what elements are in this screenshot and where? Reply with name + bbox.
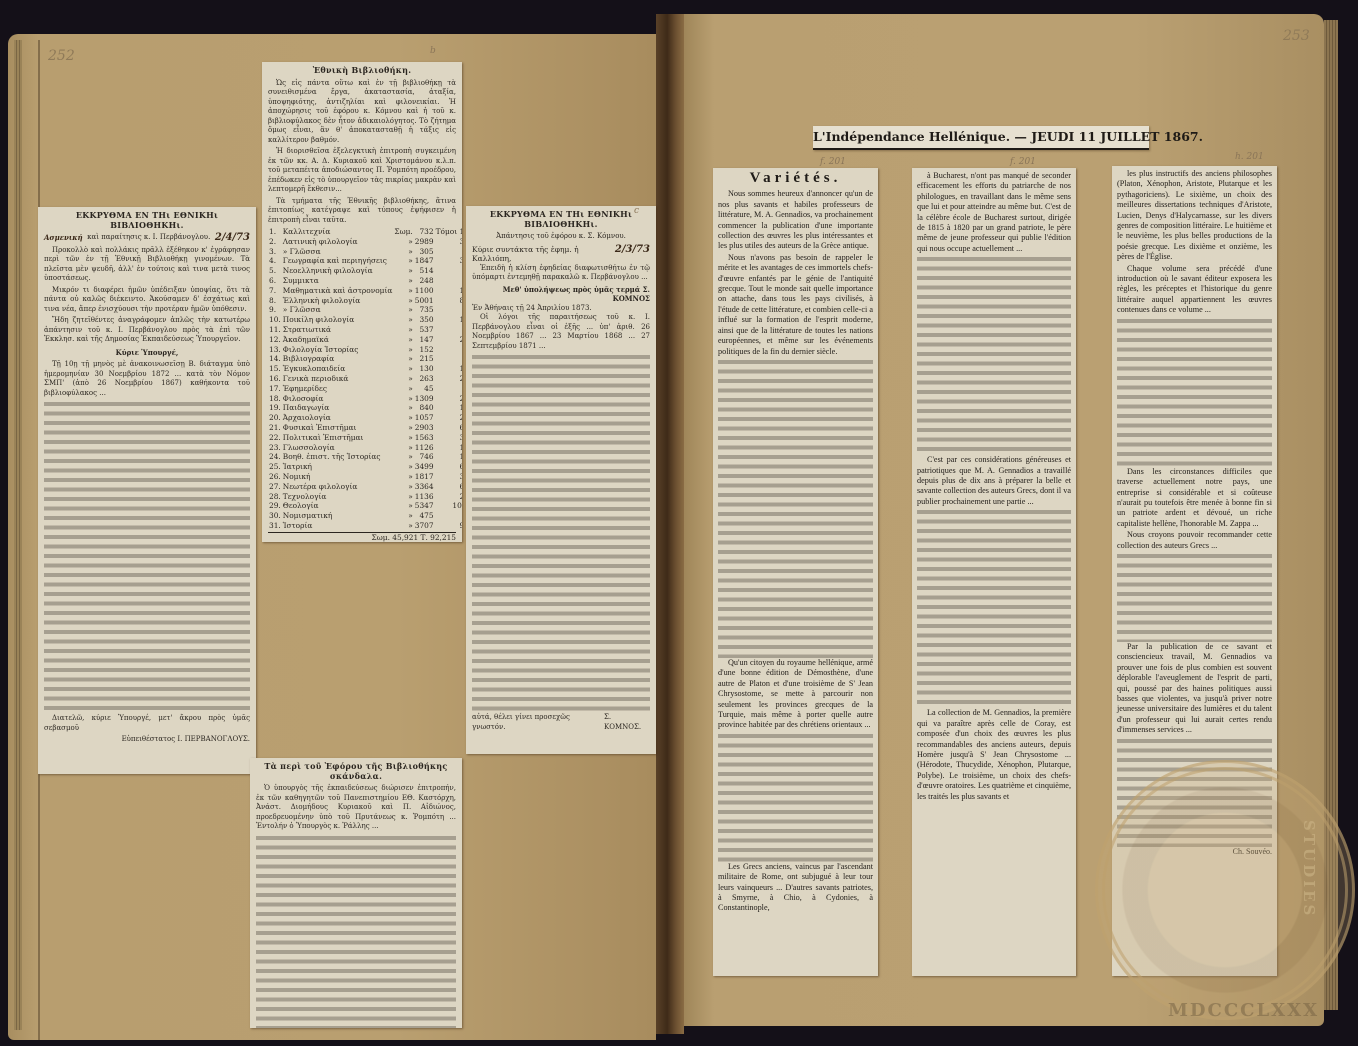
collection-table: 1.ΚαλλιτεχνίαΣωμ.732Τόμοι 13872.Λατινικὴ… bbox=[268, 227, 462, 531]
table-cell: 10,160 bbox=[435, 501, 462, 511]
signature: Σ. ΚΟΜΝΟΣ. bbox=[604, 713, 650, 732]
table-cell: Ἀρχαιολογία bbox=[282, 413, 394, 423]
table-cell: 263 bbox=[414, 374, 435, 384]
table-cell: 3499 bbox=[414, 462, 435, 472]
table-cell: 305 bbox=[414, 247, 435, 257]
table-cell: 8. bbox=[268, 296, 282, 306]
handwritten-date: 2/4/73 bbox=[215, 233, 250, 243]
table-cell: Φιλολογία Ἱστορίας bbox=[282, 345, 394, 355]
table-cell: 419 bbox=[435, 384, 462, 394]
pencil-mark: f. 201 bbox=[820, 157, 846, 167]
paragraph: Qu'un citoyen du royaume hellénique, arm… bbox=[718, 658, 873, 731]
table-cell: » bbox=[393, 511, 413, 521]
paragraph: Nous n'avons pas besoin de rappeler le m… bbox=[718, 253, 873, 357]
table-cell: 23. bbox=[268, 443, 282, 453]
table-cell: 1126 bbox=[414, 443, 435, 453]
handwritten-note: Ασμενική bbox=[44, 233, 83, 243]
dense-text-block bbox=[718, 732, 873, 862]
table-cell: Γλωσσολογία bbox=[282, 443, 394, 453]
dense-text-block bbox=[917, 255, 1071, 455]
table-cell: » bbox=[393, 286, 413, 296]
table-cell: 248 bbox=[414, 276, 435, 286]
table-cell: Ἑλληνικὴ φιλολογία bbox=[282, 296, 394, 306]
dense-text-block bbox=[472, 353, 650, 713]
table-row: 13.Φιλολογία Ἱστορίας»152693 bbox=[268, 345, 462, 355]
table-row: 20.Ἀρχαιολογία»10572456 bbox=[268, 413, 462, 423]
table-cell: » bbox=[393, 433, 413, 443]
table-cell: 30. bbox=[268, 511, 282, 521]
dateline: Ἐν Ἀθήναις τῇ 24 Ἀπριλίου 1873. bbox=[472, 304, 650, 314]
table-cell: 130 bbox=[414, 364, 435, 374]
table-row: 22.Πολιτικαὶ Ἐπιστῆμαι»15633065 bbox=[268, 433, 462, 443]
table-total: Σωμ. 45,921 Τ. 92,215 bbox=[268, 532, 456, 542]
table-cell: 4. bbox=[268, 256, 282, 266]
table-cell: 570 bbox=[435, 266, 462, 276]
table-cell: Συμμικτα bbox=[282, 276, 394, 286]
table-row: 16.Γενικὰ περιοδικά»2632577 bbox=[268, 374, 462, 384]
table-cell: 5001 bbox=[414, 296, 435, 306]
sign-off: Μεθ' ὑπολήψεως πρὸς ὑμᾶς τερμά Σ. ΚΟΜΝΟΣ bbox=[472, 285, 650, 304]
paragraph: Chaque volume sera précédé d'une introdu… bbox=[1117, 264, 1272, 316]
paragraph: C'est par ces considérations généreuses … bbox=[917, 455, 1071, 507]
paragraph: Ἡ διορισθεῖσα ἐξελεγκτικὴ ἐπιτροπὴ συγκε… bbox=[268, 147, 456, 195]
table-cell: 6097 bbox=[435, 482, 462, 492]
paragraph: les plus instructifs des anciens philoso… bbox=[1117, 169, 1272, 263]
table-cell: » bbox=[393, 305, 413, 315]
handwritten-date: 2/3/73 bbox=[615, 245, 650, 264]
table-row: 6.Συμμικτα»248989 bbox=[268, 276, 462, 286]
table-cell: » bbox=[393, 325, 413, 335]
table-cell: » bbox=[393, 492, 413, 502]
table-cell: » bbox=[393, 472, 413, 482]
left-page-edge bbox=[14, 40, 22, 1030]
table-cell: 989 bbox=[435, 276, 462, 286]
book-gutter bbox=[656, 14, 684, 1034]
table-cell: Ἰατρική bbox=[282, 462, 394, 472]
table-cell: Νομισματική bbox=[282, 511, 394, 521]
closing: αὐτά, θέλει γίνει προσεχῶς γνωστόν. bbox=[472, 713, 604, 732]
table-cell: Ἀκαδημαϊκά bbox=[282, 335, 394, 345]
table-cell: Λατινικὴ φιλολογία bbox=[282, 237, 394, 247]
clipping-komnos-reply: ΕΚΚΡΥΘΜΑ ΕΝ ΤΗι ΕΘΝΙΚΗι ΒΙΒΛΙΟΘΗΚΗι. Ἀπά… bbox=[466, 206, 656, 754]
table-cell: 840 bbox=[414, 403, 435, 413]
dense-text-block bbox=[1117, 552, 1272, 642]
table-cell: 10. bbox=[268, 315, 282, 325]
table-row: 31.Ἱστορία»37079769 bbox=[268, 521, 462, 531]
table-cell: 2339 bbox=[435, 394, 462, 404]
table-intro: Τὰ τμήματα τῆς Ἐθνικῆς βιβλιοθήκης, ἅτιν… bbox=[268, 197, 456, 226]
paragraph: Ἐπειδὴ ἡ κλίση ἐφηδείας διαφωτισθήτω ἐν … bbox=[472, 264, 650, 283]
closing: Διατελῶ, κύριε Ὑπουργέ, μετ' ἄκρου πρὸς … bbox=[44, 714, 250, 733]
paragraph: Dans les circonstances difficiles que tr… bbox=[1117, 467, 1272, 529]
table-cell: 19. bbox=[268, 403, 282, 413]
table-cell: Βιβλιογραφία bbox=[282, 354, 394, 364]
table-cell: 13. bbox=[268, 345, 282, 355]
table-cell: Καλλιτεχνία bbox=[282, 227, 394, 237]
table-cell: 14. bbox=[268, 354, 282, 364]
table-row: 3.» Γλῶσσα»305419 bbox=[268, 247, 462, 257]
table-cell: 147 bbox=[414, 335, 435, 345]
table-cell: » bbox=[393, 521, 413, 531]
paragraph: Nous croyons pouvoir recommander cette c… bbox=[1117, 530, 1272, 551]
table-cell: 2989 bbox=[414, 237, 435, 247]
table-cell: Τεχνολογία bbox=[282, 492, 394, 502]
table-cell: 24. bbox=[268, 452, 282, 462]
table-cell: » bbox=[393, 276, 413, 286]
table-cell: Νεωτέρα φιλολογία bbox=[282, 482, 394, 492]
seal-roman-date: MDCCCLXXX bbox=[1168, 1000, 1319, 1021]
dense-text-block bbox=[44, 400, 250, 710]
paragraph: Τῇ 10ῃ τῇ μηνὸς μὲ ἀνακοινωσεῖσῃ Β. διάτ… bbox=[44, 360, 250, 398]
table-row: 29.Θεολογία»534710,160 bbox=[268, 501, 462, 511]
table-cell: » bbox=[393, 374, 413, 384]
salutation: Κύριε Ὑπουργέ, bbox=[44, 348, 250, 358]
table-cell: 15. bbox=[268, 364, 282, 374]
table-cell: 3. bbox=[268, 247, 282, 257]
table-cell: » Γλῶσσα bbox=[282, 247, 394, 257]
table-cell: 152 bbox=[414, 345, 435, 355]
table-cell: » bbox=[393, 443, 413, 453]
table-cell: Νομική bbox=[282, 472, 394, 482]
table-cell: » bbox=[393, 364, 413, 374]
table-cell: Παιδαγωγία bbox=[282, 403, 394, 413]
clipping-title: Ἐθνικὴ Βιβλιοθήκη. bbox=[268, 66, 456, 76]
table-cell: 21. bbox=[268, 423, 282, 433]
table-cell: 2903 bbox=[414, 423, 435, 433]
table-cell: » bbox=[393, 256, 413, 266]
table-row: 21.Φυσικαὶ Ἐπιστῆμαι»29036900 bbox=[268, 423, 462, 433]
table-cell: 5347 bbox=[414, 501, 435, 511]
table-cell: » bbox=[393, 394, 413, 404]
paragraph: à Bucharest, n'ont pas manqué de seconde… bbox=[917, 171, 1071, 254]
table-cell: 1335 bbox=[435, 452, 462, 462]
table-cell: 17. bbox=[268, 384, 282, 394]
table-cell: 1563 bbox=[414, 433, 435, 443]
salutation: Κύριε συντάκτα τῆς ἐφημ. ἡ Καλλιόπη, bbox=[472, 245, 615, 264]
table-cell: » bbox=[393, 482, 413, 492]
table-cell: Στρατιωτικά bbox=[282, 325, 394, 335]
table-row: 2.Λατινικὴ φιλολογία»29893878 bbox=[268, 237, 462, 247]
table-cell: 475 bbox=[414, 511, 435, 521]
table-cell: Τόμοι 1387 bbox=[435, 227, 462, 237]
table-cell: 1309 bbox=[414, 394, 435, 404]
table-cell: » Γλῶσσα bbox=[282, 305, 394, 315]
table-cell: 2456 bbox=[435, 413, 462, 423]
seal-side-text: STUDIES bbox=[1300, 820, 1318, 918]
paragraph: Ἤδη ζητεῖθέντες ἀναγράφομεν ἁπλῶς τὴν κα… bbox=[44, 316, 250, 345]
table-cell: 6. bbox=[268, 276, 282, 286]
table-cell: » bbox=[393, 384, 413, 394]
table-cell: » bbox=[393, 501, 413, 511]
section-heading: Variétés. bbox=[718, 173, 873, 183]
table-row: 24.Βοηθ. ἐπιστ. τῆς Ἱστορίας»7461335 bbox=[268, 452, 462, 462]
table-row: 7.Μαθηματικὰ καὶ ἀστρονομία»11001832 bbox=[268, 286, 462, 296]
table-cell: » bbox=[393, 345, 413, 355]
table-cell: » bbox=[393, 423, 413, 433]
table-cell: 6895 bbox=[435, 462, 462, 472]
table-cell: Θεολογία bbox=[282, 501, 394, 511]
paragraph: Par la publication de ce savant et consc… bbox=[1117, 642, 1272, 736]
paragraph: Προκολλὸ καὶ πολλάκις πρᾶλλ ἐξέθηκον κ' … bbox=[44, 246, 250, 284]
table-row: 5.Νεοελληνικὴ φιλολογία»514570 bbox=[268, 266, 462, 276]
dense-text-block bbox=[718, 358, 873, 658]
table-row: 15.Ἐγκυκλοπαιδεία»1301541 bbox=[268, 364, 462, 374]
table-cell: 1. bbox=[268, 227, 282, 237]
table-cell: Νεοελληνικὴ φιλολογία bbox=[282, 266, 394, 276]
newspaper-masthead: L'Indépendance Hellénique. — JEUDI 11 JU… bbox=[813, 126, 1149, 150]
dense-text-block bbox=[917, 508, 1071, 708]
table-cell: 26. bbox=[268, 472, 282, 482]
table-cell: 1036 bbox=[435, 315, 462, 325]
table-cell: 735 bbox=[414, 305, 435, 315]
table-row: 14.Βιβλιογραφία»215398 bbox=[268, 354, 462, 364]
dense-text-block bbox=[256, 834, 456, 1029]
table-cell: 9. bbox=[268, 305, 282, 315]
table-cell: » bbox=[393, 452, 413, 462]
table-cell: 1541 bbox=[435, 364, 462, 374]
table-cell: » bbox=[393, 237, 413, 247]
table-cell: 1136 bbox=[414, 492, 435, 502]
article-column-1: Variétés. Nous sommes heureux d'annoncer… bbox=[713, 168, 878, 976]
table-row: 25.Ἰατρική»34996895 bbox=[268, 462, 462, 472]
table-cell: 18. bbox=[268, 394, 282, 404]
table-cell: Ποικίλη φιλολογία bbox=[282, 315, 394, 325]
paragraph: La collection de M. Gennadios, la premiè… bbox=[917, 708, 1071, 802]
table-cell: » bbox=[393, 354, 413, 364]
clipping-ephor-scandal: Τὰ περὶ τοῦ Ἐφόρου τῆς Βιβλιοθήκης σκάνδ… bbox=[250, 758, 462, 1028]
table-cell: 45 bbox=[414, 384, 435, 394]
left-page-number: 252 bbox=[48, 48, 75, 64]
table-cell: 16. bbox=[268, 374, 282, 384]
table-cell: 3707 bbox=[414, 521, 435, 531]
table-row: 26.Νομική»18173587 bbox=[268, 472, 462, 482]
pencil-mark: c bbox=[634, 206, 639, 216]
table-cell: 22. bbox=[268, 433, 282, 443]
pencil-mark: b bbox=[430, 46, 436, 56]
clipping-subtitle: Ἀπάντησις τοῦ ἐφόρου κ. Σ. Κόμνου. bbox=[472, 232, 650, 242]
table-cell: » bbox=[393, 403, 413, 413]
table-cell: » bbox=[393, 247, 413, 257]
paragraph: Ὡς εἰς πάντα οὕτω καὶ ἐν τῇ βιβλιοθήκῃ τ… bbox=[268, 79, 456, 146]
clipping-perbanoglou-letter: ΕΚΚΡΥΘΜΑ ΕΝ ΤΗι ΕΘΝΙΚΗι ΒΙΒΛΙΟΘΗΚΗι. Ασμ… bbox=[38, 207, 256, 774]
table-cell: 3065 bbox=[435, 433, 462, 443]
clipping-title: ΕΚΚΡΥΘΜΑ ΕΝ ΤΗι ΕΘΝΙΚΗι ΒΙΒΛΙΟΘΗΚΗι. bbox=[472, 210, 650, 229]
table-row: 10.Ποικίλη φιλολογία»3501036 bbox=[268, 315, 462, 325]
table-cell: Βοηθ. ἐπιστ. τῆς Ἱστορίας bbox=[282, 452, 394, 462]
paragraph: Ὁ ὑπουργὸς τῆς ἐκπαιδεύσεως διώρισεν ἐπι… bbox=[256, 784, 456, 832]
clipping-title: Τὰ περὶ τοῦ Ἐφόρου τῆς Βιβλιοθήκης σκάνδ… bbox=[256, 762, 456, 781]
table-cell: 29. bbox=[268, 501, 282, 511]
table-row: 8.Ἑλληνικὴ φιλολογία»50018234 bbox=[268, 296, 462, 306]
table-cell: Μαθηματικὰ καὶ ἀστρονομία bbox=[282, 286, 394, 296]
article-column-2: à Bucharest, n'ont pas manqué de seconde… bbox=[912, 168, 1076, 976]
table-cell: Ἐφημερίδες bbox=[282, 384, 394, 394]
table-cell: 28. bbox=[268, 492, 282, 502]
table-cell: 3882 bbox=[435, 256, 462, 266]
table-cell: » bbox=[393, 315, 413, 325]
table-cell: 215 bbox=[414, 354, 435, 364]
pencil-mark: f. 201 bbox=[1010, 157, 1036, 167]
table-row: 1.ΚαλλιτεχνίαΣωμ.732Τόμοι 1387 bbox=[268, 227, 462, 237]
table-row: 27.Νεωτέρα φιλολογία»33646097 bbox=[268, 482, 462, 492]
dense-text-block bbox=[1117, 317, 1272, 467]
paragraph: Οἱ λόγοι τῆς παραιτήσεως τοῦ κ. Ι. Περβά… bbox=[472, 313, 650, 351]
table-cell: 693 bbox=[435, 345, 462, 355]
table-cell: » bbox=[393, 296, 413, 306]
table-cell: Ἐγκυκλοπαιδεία bbox=[282, 364, 394, 374]
table-cell: Φυσικαὶ Ἐπιστῆμαι bbox=[282, 423, 394, 433]
table-cell: 350 bbox=[414, 315, 435, 325]
table-row: 28.Τεχνολογία»11362221 bbox=[268, 492, 462, 502]
right-page-number: 253 bbox=[1283, 28, 1310, 44]
clipping-national-library-stats: Ἐθνικὴ Βιβλιοθήκη. Ὡς εἰς πάντα οὕτω καὶ… bbox=[262, 62, 462, 542]
table-cell: » bbox=[393, 462, 413, 472]
table-cell: 12. bbox=[268, 335, 282, 345]
table-cell: Φιλοσοφία bbox=[282, 394, 394, 404]
table-cell: 2085 bbox=[435, 335, 462, 345]
table-row: 17.Ἐφημερίδες»45419 bbox=[268, 384, 462, 394]
table-cell: 5. bbox=[268, 266, 282, 276]
paragraph: Nous sommes heureux d'annoncer qu'un de … bbox=[718, 189, 873, 251]
table-cell: 25. bbox=[268, 462, 282, 472]
table-cell: 2. bbox=[268, 237, 282, 247]
table-cell: 1817 bbox=[414, 472, 435, 482]
table-cell: 419 bbox=[435, 247, 462, 257]
clipping-title: ΕΚΚΡΥΘΜΑ ΕΝ ΤΗι ΕΘΝΙΚΗι ΒΙΒΛΙΟΘΗΚΗι. bbox=[44, 211, 250, 230]
table-row: 18.Φιλοσοφία»13092339 bbox=[268, 394, 462, 404]
table-cell: 27. bbox=[268, 482, 282, 492]
table-cell: » bbox=[393, 335, 413, 345]
paragraph: Les Grecs anciens, vaincus par l'ascenda… bbox=[718, 862, 873, 914]
table-cell: 6900 bbox=[435, 423, 462, 433]
table-cell: » bbox=[393, 413, 413, 423]
table-cell: 1847 bbox=[414, 256, 435, 266]
table-row: 19.Παιδαγωγία»8401496 bbox=[268, 403, 462, 413]
table-cell: 732 bbox=[414, 227, 435, 237]
table-cell: 9769 bbox=[435, 521, 462, 531]
table-cell: 8234 bbox=[435, 296, 462, 306]
table-cell: 686 bbox=[435, 511, 462, 521]
table-cell: 1832 bbox=[435, 286, 462, 296]
table-cell: Ἱστορία bbox=[282, 521, 394, 531]
table-cell: 1100 bbox=[414, 286, 435, 296]
table-cell: 398 bbox=[435, 354, 462, 364]
table-row: 11.Στρατιωτικά»537891 bbox=[268, 325, 462, 335]
table-row: 9.» Γλῶσσα»735891 bbox=[268, 305, 462, 315]
table-cell: 746 bbox=[414, 452, 435, 462]
table-cell: 3364 bbox=[414, 482, 435, 492]
table-cell: 2221 bbox=[435, 492, 462, 502]
table-cell: 7. bbox=[268, 286, 282, 296]
table-row: 4.Γεωγραφία καὶ περιηγήσεις»18473882 bbox=[268, 256, 462, 266]
table-cell: 537 bbox=[414, 325, 435, 335]
table-cell: Γεωγραφία καὶ περιηγήσεις bbox=[282, 256, 394, 266]
paragraph: Μικρόν τι διαφέρει ἡμῶν ὑπέδειξαν ὑποψία… bbox=[44, 286, 250, 315]
table-cell: 514 bbox=[414, 266, 435, 276]
table-cell: 1547 bbox=[435, 443, 462, 453]
table-cell: 3587 bbox=[435, 472, 462, 482]
table-cell: 11. bbox=[268, 325, 282, 335]
signature: Εὐπειθέστατος Ι. ΠΕΡΒΑΝΟΓΛΟΥΣ. bbox=[44, 735, 250, 745]
table-row: 23.Γλωσσολογία»11261547 bbox=[268, 443, 462, 453]
table-cell: 891 bbox=[435, 325, 462, 335]
table-cell: Σωμ. bbox=[393, 227, 413, 237]
table-cell: 2577 bbox=[435, 374, 462, 384]
pencil-mark: h. 201 bbox=[1235, 152, 1264, 162]
table-cell: » bbox=[393, 266, 413, 276]
table-cell: 891 bbox=[435, 305, 462, 315]
table-row: 30.Νομισματική»475686 bbox=[268, 511, 462, 521]
table-cell: Γενικὰ περιοδικά bbox=[282, 374, 394, 384]
clipping-subtitle: καὶ παραίτησις κ. Ι. Περβάνογλου. bbox=[87, 233, 210, 243]
table-cell: Πολιτικαὶ Ἐπιστῆμαι bbox=[282, 433, 394, 443]
table-cell: 3878 bbox=[435, 237, 462, 247]
table-cell: 31. bbox=[268, 521, 282, 531]
table-row: 12.Ἀκαδημαϊκά»1472085 bbox=[268, 335, 462, 345]
table-cell: 1057 bbox=[414, 413, 435, 423]
table-cell: 1496 bbox=[435, 403, 462, 413]
table-cell: 20. bbox=[268, 413, 282, 423]
